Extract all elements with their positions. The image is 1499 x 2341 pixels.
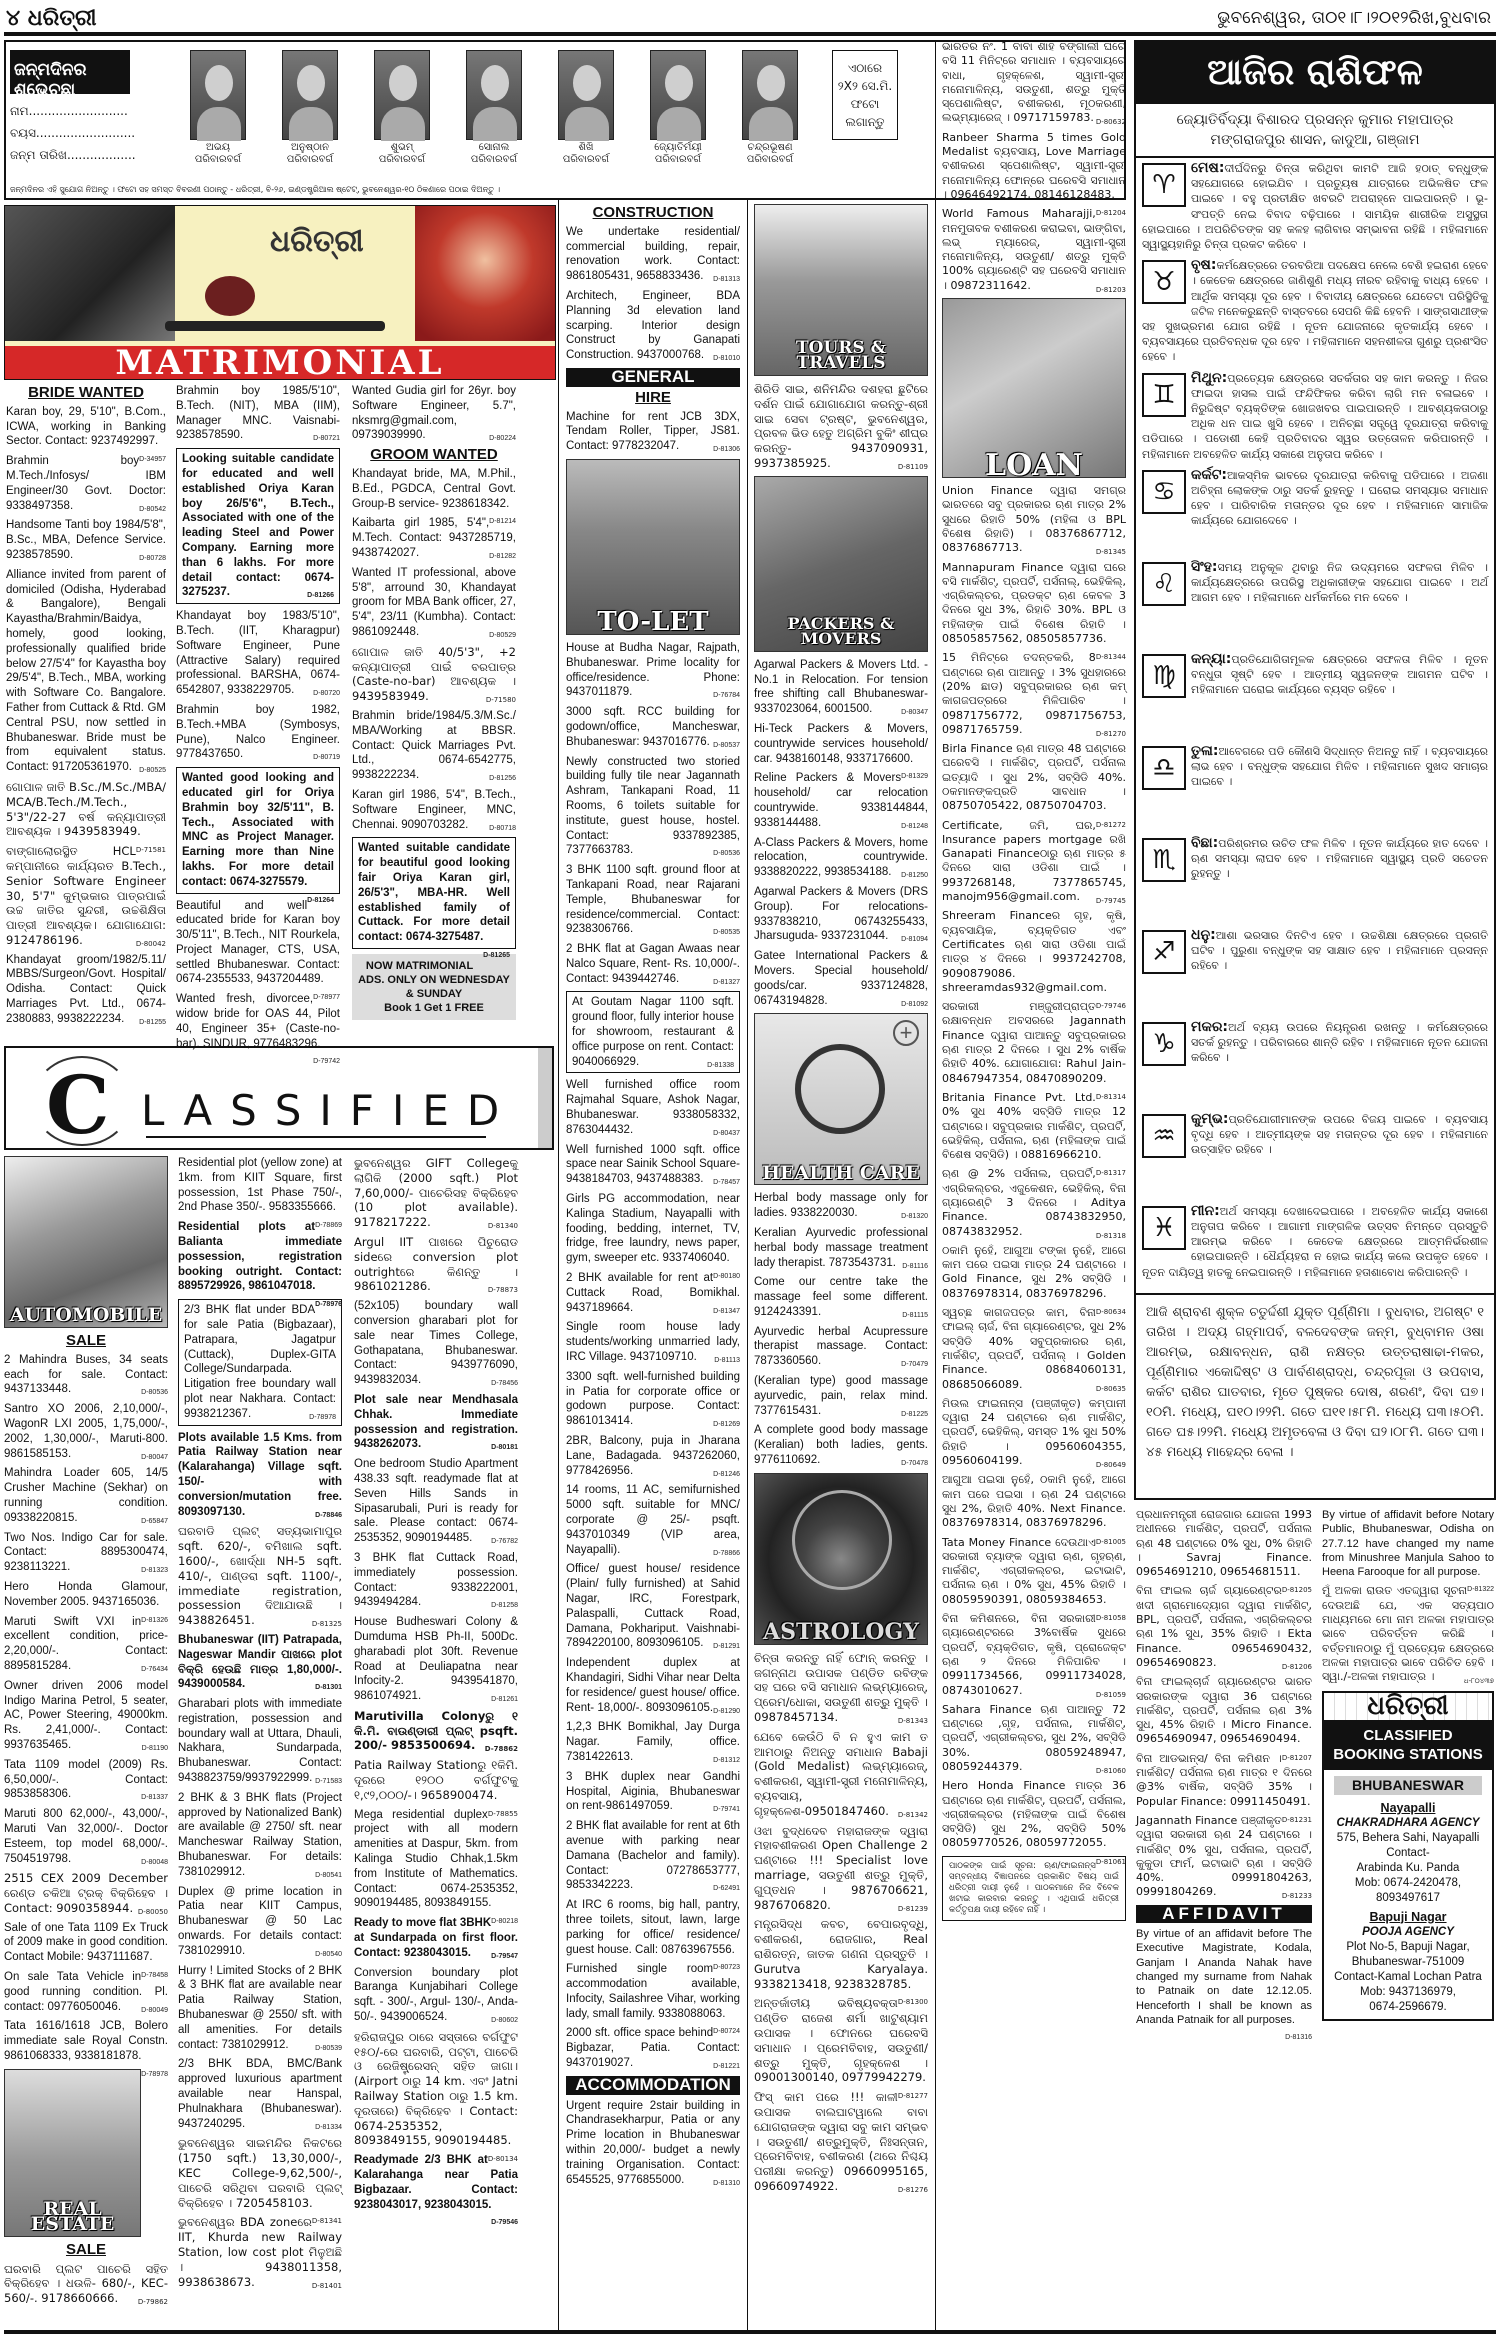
classified-ad: Architech, Engineer, BDA Planning 3d ele… — [566, 289, 740, 363]
photo-caption: ସୋନାଲ ପରିବାରବର୍ଗ — [459, 142, 529, 166]
classified-ad: Well furnished office room Rajmahal Squa… — [566, 1078, 740, 1137]
classified-ad: 1,2,3 BHK Bomikhal, Jay Durga Nagar. Fam… — [566, 1720, 740, 1764]
real-estate-column-2: Residential plot (yellow zone) at 1km. f… — [178, 1156, 342, 2294]
boxed-ad: 2/3 BHK flat under BDA for sale Patia (B… — [178, 1299, 342, 1425]
goat-icon: ♑ — [1142, 1022, 1186, 1066]
affidavit-notice: ମୁଁ ଅଳକା ରାଉତ ଏତଦ୍ଦ୍ୱାରା ସୂଚନା ଦେଉଅଛି ଯେ… — [1322, 1584, 1494, 1684]
general-heading: GENERAL — [566, 368, 740, 387]
classified-ad: Ranbeer Sharma 5 times Gold Medalist ବ୍ୟ… — [942, 131, 1126, 202]
classified-ad: ବିନା ଫାଇଲ୍‌ଚାର୍ଜ ଗ୍ୟାରେଣ୍ଟର ଭାରତ ସରକାରଙ୍… — [1136, 1675, 1312, 1746]
dharitri-logo: ଧରିତ୍ରୀ — [1324, 1693, 1492, 1720]
scorpion-icon: ♏ — [1142, 838, 1186, 882]
classified-ad: 2 BHK & 3 BHK flats (Project approved by… — [178, 1791, 342, 1880]
ram-icon: ♈ — [1142, 163, 1186, 207]
classified-ad: Machine for rent JCB 3DX, Tendam Roller,… — [566, 410, 740, 454]
services-column: TOURS & TRAVELS ଶିରିଡି ସାଇ, ଶନିମନ୍ଦିର ଦଶ… — [754, 204, 928, 2199]
bride-wanted-column: BRIDE WANTED Karan boy, 29, 5'10", B.Com… — [6, 384, 166, 1032]
classified-ad: ପ୍ରଧାନମନ୍ତ୍ରୀ ରୋଜଗାର ଯୋଜନା 1993 ଅଧୀନରେ ମ… — [1136, 1508, 1312, 1579]
classified-ad: Owner driven 2006 model Indigo Marina Pe… — [4, 1679, 168, 1753]
classified-ad: ଓଝା ବୁଦ୍ଧଦେବ ମହାରାଜଙ୍କ ଦ୍ୱାରା ମହାବଶୀକରଣ … — [754, 1824, 928, 1913]
photo-caption: ଚନ୍ଦ୍ରଭୂଷଣ ପରିବାରବର୍ଗ — [735, 142, 805, 166]
maiden-icon: ♍ — [1142, 654, 1186, 698]
to-let-house-image: TO-LET — [566, 459, 740, 635]
photo-caption: ଅନୁଷ୍ଠାନ ପରିବାରବର୍ଗ — [275, 142, 345, 166]
twins-icon: ♊ — [1142, 373, 1186, 417]
classified-ad: Gharabari plots with immediate registrat… — [178, 1697, 342, 1786]
booking-city: BHUBANESWAR — [1334, 1776, 1482, 1795]
classified-ad: Plots available 1.5 Kms. from Patia Rail… — [178, 1431, 342, 1520]
classified-ad: At IRC 6 rooms, big hall, pantry, three … — [566, 1898, 740, 1957]
matrimonial-banner: ଧରିତ୍ରୀ MATRIMONIAL — [4, 205, 556, 380]
boxed-ad: Wanted suitable candidate for beautiful … — [352, 837, 516, 949]
tours-travels-bus-image: TOURS & TRAVELS — [754, 204, 928, 376]
classified-ad: Birla Finance ଋଣ ମାତ୍ର 48 ଘଣ୍ଟାରେ ଘରେବସି… — [942, 742, 1126, 813]
accommodation-heading: ACCOMMODATION — [566, 2076, 740, 2095]
classified-ad: 3300 sqft. well-furnished building in Pa… — [566, 1370, 740, 1429]
child-photo — [374, 50, 430, 140]
classified-banner: C LASSIFIED — [4, 1046, 554, 1150]
finance-loan-column: ଭାରତର ନଂ. 1 ବାବା ଶାହ ବଙ୍ଗାଲୀ ଘରେ ବସି 11 … — [942, 40, 1126, 1921]
bull-icon: ♉ — [1142, 260, 1186, 304]
age-field: ବୟସ.......................... — [10, 126, 135, 141]
classified-ad: ଫିସ୍ କାମ ପରେ !!! କାଳୀ ଉପାସକ ବାଲଘାଟୱାଲେ ବ… — [754, 2090, 928, 2194]
classified-ad: ଘରବାରି ପ୍ଲଟ ପାଚେରି ସହିତ ବିକ୍ରିହେବ । ଧଉଳି… — [4, 2262, 168, 2306]
shehnai-icon — [165, 321, 385, 331]
classified-ad: ଭାରତର ନଂ. 1 ବାବା ଶାହ ବଙ୍ଗାଲୀ ଘରେ ବସି 11 … — [942, 40, 1126, 126]
horoscope-section: ଆଜିର ରାଶିଫଳ ଜ୍ୟୋତିର୍ବିଦ୍ୟା ବିଶାରଦ ପ୍ରସନ୍… — [1134, 40, 1496, 1500]
child-photo — [466, 50, 522, 140]
classified-ad: House at Budha Nagar, Rajpath, Bhubanesw… — [566, 641, 740, 700]
classified-ad: Mega residential duplex project with all… — [354, 1808, 518, 1912]
classified-ad: Two Nos. Indigo Car for sale. Contact: 8… — [4, 1531, 168, 1575]
classified-ad: ଚିନ୍ତା କରନ୍ତୁ ନାହିଁ ଫୋନ୍ କରନ୍ତୁ । ଜଗନ୍ନା… — [754, 1651, 928, 1725]
horoscope-sign-scorpio: ♏ବିଛା:ପରିଶ୍ରମର ଉଚିତ ଫଳ ମିଳିବ । ନୂତନ କାର୍… — [1136, 833, 1494, 925]
classified-ad: Sale of one Tata 1109 Ex Truck of 2009 m… — [4, 1921, 168, 1965]
classified-ad: ହରିରାଜପୁର ଠାରେ ସସ୍ତାରେ ବର୍ଗଫୁଟ ୧୫୦/-ରେ ଘ… — [354, 2030, 518, 2148]
classified-ad: 2515 CEX 2009 December ରେଣ୍ଡ ଚକିଆ ଟ୍ରକ୍ … — [4, 1871, 168, 1915]
classified-ad: 2BR, Balcony, puja in Jharana Lane, Bada… — [566, 1434, 740, 1478]
scales-icon: ♎ — [1142, 746, 1186, 790]
classified-ad: Union Finance ଦ୍ୱାରା ସମଗ୍ର ଭାରତରେ ସବୁ ପ୍… — [942, 484, 1126, 555]
classified-ad: Handsome Tanti boy 1984/5'8", B.Sc., MBA… — [6, 518, 166, 562]
classified-ad: ଭୁବନେଶ୍ୱର GIFT Collegeକୁ ଲାଗିକି (2000 sq… — [354, 1156, 518, 1230]
child-photo — [558, 50, 614, 140]
groom-wanted-heading: GROOM WANTED — [352, 448, 516, 463]
horoscope-sign-aquarius: ♒କୁମ୍ଭ:ପ୍ରତିଯୋଗୀମାନଙ୍କ ଉପରେ ବିଜୟ ପାଇବେ ।… — [1136, 1109, 1494, 1201]
stethoscope-icon — [795, 1044, 885, 1134]
classified-ad: Ayurvedic herbal Acupressure therapist m… — [754, 1325, 928, 1369]
matrimonial-column-2: Brahmin boy 1985/5'10", B.Tech. (NIT), M… — [176, 384, 340, 1070]
classified-ad: Single room house lady students/working … — [566, 1320, 740, 1364]
horoscope-sign-sagittarius: ♐ଧନୁ:ଆଶା ଭରସାର ଦିନଟିଏ ହେବ । ଉଚ୍ଚଶିକ୍ଷା କ… — [1136, 925, 1494, 1017]
classified-ad: Alliance invited from parent of domicile… — [6, 568, 166, 775]
classified-ad: Bhubaneswar (IIT) Patrapada, Nageswar Ma… — [178, 1633, 342, 1692]
classified-ad: Brahmin boy 1985/5'10", B.Tech. (NIT), M… — [176, 384, 340, 443]
classified-ad: 14 rooms, 11 AC, semifurnished 5000 sqft… — [566, 1483, 740, 1557]
classified-ad: Independent duplex at Khandagiri, Sidhi … — [566, 1656, 740, 1715]
drum-icon — [205, 276, 255, 316]
photo-caption: ଶିଖି ପରିବାରବର୍ଗ — [551, 142, 621, 166]
classified-ad: Plot sale near Mendhasala Chhak. Immedia… — [354, 1393, 518, 1452]
affidavit-notice: By virtue of affidavit before Notary Pub… — [1322, 1508, 1494, 1579]
archer-icon: ♐ — [1142, 930, 1186, 974]
classified-ad: Beautiful and well educated bride for Ka… — [176, 899, 340, 988]
horoscope-sign-leo: ♌ସିଂହ:ସମୟ ଅନୁକୂଳ ଥିବାରୁ ନିଜ ଉଦ୍ୟମରେ ସଫଳତ… — [1136, 557, 1494, 649]
classified-ad: Hi-Teck Packers & Movers, countrywide se… — [754, 722, 928, 766]
classified-ad: We undertake residential/ commercial bui… — [566, 225, 740, 284]
daily-almanac: ଆଜି ଶ୍ରାବଣ ଶୁକ୍ଳ ଚତୁର୍ଦ୍ଦଶୀ ଯୁକ୍ତ ପୂର୍ଣ୍… — [1136, 1293, 1494, 1471]
classified-ad: Khandayat groom/1982/5.11/ MBBS/Surgeon/… — [6, 953, 166, 1027]
real-estate-column-3: ଭୁବନେଶ୍ୱର GIFT Collegeକୁ ଲାଗିକି (2000 sq… — [354, 1156, 518, 2231]
horoscope-sign-libra: ♎ତୁଳା:ଆବେଗରେ ପଡି କୌଣସି ସିଦ୍ଧାନ୍ତ ନିଅନ୍ତୁ… — [1136, 741, 1494, 833]
horoscope-sign-capricorn: ♑ମକର:ଅର୍ଥ ବ୍ୟୟ ଉପରେ ନିୟନ୍ତ୍ରଣ ରଖନ୍ତୁ । କ… — [1136, 1017, 1494, 1109]
booking-stations-heading: CLASSIFIED BOOKING STATIONS — [1324, 1720, 1492, 1770]
child-photo — [190, 50, 246, 140]
column-divider — [558, 200, 559, 2330]
affidavit-booking-column: By virtue of affidavit before Notary Pub… — [1322, 1508, 1494, 2021]
classified-ad: Brahmin bride/1984/5.3/M.Sc./ MBA/Workin… — [352, 709, 516, 783]
column-divider — [747, 200, 748, 2330]
water-bearer-icon: ♒ — [1142, 1114, 1186, 1158]
bride-wanted-heading: BRIDE WANTED — [6, 386, 166, 401]
classified-ad: 3000 sqft. RCC building for godown/offic… — [566, 705, 740, 749]
classified-ad: 2 BHK flat at Gagan Awaas near Nalco Squ… — [566, 942, 740, 986]
classified-ad: Maruti 800 62,000/-, 43,000/-, Maruti Va… — [4, 1807, 168, 1866]
classified-ad: Tata 1616/1618 JCB, Bolero immediate sal… — [4, 2019, 168, 2063]
finance-right-column: ପ୍ରଧାନମନ୍ତ୍ରୀ ରୋଜଗାର ଯୋଜନା 1993 ଅଧୀନରେ ମ… — [1136, 1508, 1312, 2045]
construction-heading: CONSTRUCTION — [566, 206, 740, 221]
classified-ad: Mahindra Loader 605, 14/5 Crusher Machin… — [4, 1466, 168, 1525]
classified-ad: (Keralian type) good massage ayurvedic, … — [754, 1374, 928, 1418]
classified-ad: Mannapuram Finance ଦ୍ୱାରା ଘରେ ବସି ମାର୍କଶ… — [942, 561, 1126, 647]
classified-ad: Well furnished 1000 sqft. office space n… — [566, 1143, 740, 1187]
classified-ad: Agarwal Packers & Movers Ltd. - No.1 in … — [754, 658, 928, 717]
classified-ad: A complete good body massage (Keralian) … — [754, 1423, 928, 1467]
matrimonial-promo-box: NOW MATRIMONIAL ADS. ONLY ON WEDNESDAY &… — [352, 954, 516, 1020]
classified-ad: Wanted Gudia girl for 26yr. boy Software… — [352, 384, 516, 443]
classified-ad: Girls PG accommodation, near Kalinga Sta… — [566, 1192, 740, 1266]
sale-heading: SALE — [4, 1334, 168, 1349]
construction-tolet-column: CONSTRUCTION We undertake residential/ c… — [566, 204, 740, 2192]
classified-ad: 3 BHK flat Cuttack Road, immediately pos… — [354, 1551, 518, 1610]
masthead-rule — [4, 32, 1496, 36]
classified-ad: Khandayat boy 1983/5'10", B.Tech. (IIT, … — [176, 609, 340, 698]
horoscope-sign-cancer: ♋କର୍କଟ:ଆକସ୍ମିକ ଭାବରେ ଦୂରଯାତ୍ରା କରିବାକୁ ପ… — [1136, 465, 1494, 557]
fish-icon: ♓ — [1142, 1206, 1186, 1250]
classified-ad: ମିଉଲ ଫାଇନାନ୍ସ (ପଞ୍ଜୀକୃତ) କମ୍ପାନୀ ଦ୍ୱାରା … — [942, 1397, 1126, 1468]
boxed-ad: Wanted good looking and educated girl fo… — [176, 767, 340, 893]
classified-ad: Agarwal Packers & Movers (DRS Group). Fo… — [754, 885, 928, 944]
lion-icon: ♌ — [1142, 562, 1186, 606]
packers-movers-truck-image: PACKERS & MOVERS — [754, 476, 928, 652]
booking-station: Nayapalli CHAKRADHARA AGENCY 575, Behera… — [1324, 1801, 1492, 1910]
matrimonial-title: MATRIMONIAL — [5, 346, 555, 380]
affidavit-notice: By virtue of an affidavit before The Exe… — [1136, 1927, 1312, 2027]
classified-ad: Urgent require 2stair building in Chandr… — [566, 2099, 740, 2188]
wedding-couple-image — [5, 206, 175, 341]
real-estate-image: REAL ESTATE — [4, 2069, 141, 2237]
boxed-ad: Looking suitable candidate for educated … — [176, 448, 340, 604]
classified-ad: House Budheswari Colony & Dumduma HSB Ph… — [354, 1615, 518, 1704]
classified-ad: ଗୋପାଳ ଜାତି B.Sc./M.Sc./MBA/ MCA/B.Tech./… — [6, 780, 166, 839]
classified-ad: ଆଗୁଆ ପଇସା ନୁହେଁ, ଠକାମି ନୁହେଁ, ଆଗେ କାମ ପର… — [942, 1473, 1126, 1530]
birthday-title: ଜନ୍ମଦିନର ଶୁଭେଚ୍ଛା — [10, 50, 130, 94]
loan-cash-image: LOAN — [942, 298, 1126, 478]
classified-ad: Office/ guest house/ residence (Plain/ f… — [566, 1562, 740, 1651]
zodiac-wheel-icon — [792, 1490, 892, 1590]
name-field: ନାମ.......................... — [10, 104, 128, 119]
child-photo — [650, 50, 706, 140]
classified-ad: Gatee International Packers & Movers. Sp… — [754, 949, 928, 1008]
sale-heading: SALE — [4, 2243, 168, 2258]
horoscope-sign-virgo: ♍କନ୍ୟା:ପ୍ରତିଯୋଗିତାମୂଳକ କ୍ଷେତ୍ରରେ ସଫଳତା ମ… — [1136, 649, 1494, 741]
crab-icon: ♋ — [1142, 470, 1186, 514]
classified-ad: ଶିରିଡି ସାଇ, ଶନିମନ୍ଦିର ଦଶହରା ଛୁଟିରେ ଦର୍ଶନ… — [754, 382, 928, 471]
bride-image — [415, 206, 555, 341]
classified-ad: Shreeram Financeର ଗୃହ, କୃଷି, ବ୍ୟବସାୟିକ, … — [942, 909, 1126, 995]
classified-ad: One bedroom Studio Apartment 438.33 sqft… — [354, 1457, 518, 1546]
photo-caption: ଅଭୟ ପରିବାରବର୍ଗ — [183, 142, 253, 166]
classified-ad: Hero Honda Glamour, November 2005. 94371… — [4, 1580, 168, 1610]
classified-ad: Conversion boundary plot Baranga Kunjabi… — [354, 1966, 518, 2025]
affidavit-heading: AFFIDAVIT — [1136, 1905, 1312, 1923]
boxed-ad: At Goutam Nagar 1100 sqft. ground floor,… — [566, 991, 740, 1073]
classified-ad: Patia Railway Stationରୁ ୧କିମି. ଦୂରରେ ୧୨୦… — [354, 1758, 518, 1802]
dateline: ଭୁବନେଶ୍ୱର, ତା୦୧।୮।୨୦୧୨ରିଖ,ବୁଧବାର — [1217, 8, 1491, 28]
health-care-stethoscope-image: + HEALTH CARE — [754, 1013, 928, 1185]
classified-ad: Hero Honda Finance ମାତ୍ର 36 ଘଣ୍ଟାରେ ଋଣ ମ… — [942, 1779, 1126, 1850]
classified-ad: Come our centre take the massage feel so… — [754, 1275, 928, 1319]
classified-ad: Newly constructed two storied building f… — [566, 755, 740, 859]
horoscope-sign-pisces: ♓ମୀନ:ଅର୍ଥ ସମସ୍ୟା ଦେଖାଦେଇପାରେ । ଅବହେଳିତ କ… — [1136, 1201, 1494, 1293]
classified-ad: Keralian Ayurvedic professional herbal b… — [754, 1226, 928, 1270]
classified-ad: Residential plot (yellow zone) at 1km. f… — [178, 1156, 342, 1215]
classified-ad: Sahara Finance ଋଣ ପାଆନ୍ତୁ 72 ଘଣ୍ଟାରେ ,ଗୃ… — [942, 1703, 1126, 1774]
photo-caption: ଶୁଭମ୍ ପରିବାରବର୍ଗ — [367, 142, 437, 166]
automobile-column: AUTOMOBILE SALE 2 Mahindra Buses, 34 sea… — [4, 1156, 168, 2311]
page-number-label: ୪ ଧରିତ୍ରୀ — [6, 6, 97, 31]
classified-ad: Hurry ! Limited Stocks of 2 BHK & 3 BHK … — [178, 1964, 342, 2053]
bottom-rule — [4, 2330, 1496, 2334]
horoscope-sign-gemini: ♊ମିଥୁନ:ପ୍ରତ୍ୟେକ କ୍ଷେତ୍ରରେ ସତର୍କତାର ସହ କା… — [1136, 368, 1494, 465]
astrologer-credit: ଜ୍ୟୋତିର୍ବିଦ୍ୟା ବିଶାରଦ ପ୍ରସନ୍ନ କୁମାର ମହାପ… — [1136, 104, 1494, 158]
photo-caption: ଜ୍ୟୋତିର୍ମୟୀ ପରିବାରବର୍ଗ — [643, 142, 713, 166]
booking-stations-box: ଧରିତ୍ରୀ CLASSIFIED BOOKING STATIONS BHUB… — [1322, 1691, 1494, 2021]
classified-ad: Santro XO 2006, 2,10,000/-, WagonR LXI 2… — [4, 1402, 168, 1461]
classified-ad: A-Class Packers & Movers, home relocatio… — [754, 836, 928, 880]
classified-ad: Herbal body massage only for ladies. 933… — [754, 1191, 928, 1221]
classified-ad: 3 BHK 1100 sqft. ground floor at Tankapa… — [566, 863, 740, 937]
classified-ad: ଠକାମି ନୁହେଁ, ଆଗୁଆ ଟଙ୍କା ନୁହେଁ, ଆଗେ କାମ ପ… — [942, 1244, 1126, 1301]
classified-ad: 2 BHK flat available for rent at 6th ave… — [566, 1819, 740, 1893]
classified-ad: Wanted IT professional, above 5'8", arro… — [352, 566, 516, 640]
classified-ad: ଗୋପାଳ ଜାତି 40/5'3", +2 କନ୍ୟାପାତ୍ରୀ ପାଇଁ … — [352, 645, 516, 704]
classified-ad: Tata 1109 model (2009) Rs. 6,50,000/-. C… — [4, 1758, 168, 1802]
classified-ad: 2/3 BHK BDA, BMC/Bank approved luxurious… — [178, 2057, 342, 2131]
horoscope-sign-taurus: ♉ବୃଷ:କର୍ମକ୍ଷେତ୍ରରେ ତରବରିଆ ପଦକ୍ଷେପ ନେଲେ ବ… — [1136, 255, 1494, 367]
classified-ad: ଭୁବନେଶ୍ୱର ସାଇମନ୍ଦିର ନିକଟରେ (1750 sqft.) … — [178, 2136, 342, 2210]
automobile-image: AUTOMOBILE — [4, 1156, 168, 1328]
classified-ad: Karan boy, 29, 5'10", B.Com., ICWA, work… — [6, 405, 166, 449]
classified-c-letter: C — [46, 1058, 110, 1150]
photo-placeholder-box: ଏଠାରେ ୨X୨ ସେ.ମି. ଫଟୋ ଲଗାନ୍ତୁ — [832, 50, 898, 140]
astrologer-name: ଜ୍ୟୋତିର୍ବିଦ୍ୟା ବିଶାରଦ ପ୍ରସନ୍ନ କୁମାର ମହାପ… — [1136, 110, 1494, 130]
adult-photo — [742, 50, 798, 140]
banner-side-bar — [538, 1048, 552, 1148]
classified-title: LASSIFIED — [141, 1086, 517, 1135]
astrologer-address: ମଙ୍ଗରାଜପୁର ଶାସନ, କାଦୁଆ, ଗଞ୍ଜାମ — [1136, 130, 1494, 150]
classified-ad: ମନ୍ତ୍ରସିଦ୍ଧ କବଚ, ବେପାରବୃଦ୍ଧି, ବଶୀକରଣ, ରୋ… — [754, 1917, 928, 1991]
column-divider — [935, 40, 936, 2330]
astrology-zodiac-wheel-image: ASTROLOGY — [754, 1473, 928, 1645]
classified-ad: ବାଙ୍ଗାଲୋରସ୍ଥିତ HCL କମ୍ପାନୀରେ କାର୍ଯ୍ୟରତ B… — [6, 844, 166, 948]
plus-icon: + — [893, 1020, 919, 1046]
classified-ad: Karan girl 1986, 5'4", B.Tech., Software… — [352, 788, 516, 832]
classified-ad: (52x105) boundary wall conversion gharab… — [354, 1299, 518, 1388]
groom-wanted-column: Wanted Gudia girl for 26yr. boy Software… — [352, 384, 516, 1020]
horoscope-title: ଆଜିର ରାଶିଫଳ — [1136, 42, 1494, 104]
booking-station: Bapuji Nagar POOJA AGENCY Plot No-5, Bap… — [1324, 1910, 1492, 2019]
classified-ad: Khandayat bride, MA, M.Phil., B.Ed., PGD… — [352, 467, 516, 511]
classified-ad: 2 Mahindra Buses, 34 seats each for sale… — [4, 1353, 168, 1397]
classified-ad: ଘରବାଡି ପ୍ଲଟ୍ ସତ୍ୟଭାମାପୁର sqft. 620/-, ବମ… — [178, 1524, 342, 1628]
title-underline — [146, 1136, 486, 1138]
hire-heading: HIRE — [566, 391, 740, 406]
horoscope-sign-aries: ♈ମେଷ:ଦୀର୍ଘଦିନରୁ ଚିନ୍ତା କରିଥିବା କାମଟି ଆଜି… — [1136, 158, 1494, 255]
classified-ad: 3 BHK duplex near Gandhi Hospital, Aigin… — [566, 1770, 740, 1814]
child-photo — [282, 50, 338, 140]
classified-ad: Argul IIT ପାଖରେ ପିଚୁରୋଡ sideରେ conversio… — [354, 1235, 518, 1294]
birthdate-field: ଜନ୍ମ ତାରିଖ.................. — [10, 148, 136, 163]
dharitri-logo: ଧରିତ୍ରୀ — [270, 224, 364, 259]
classified-ad: ଯେବେ କେଉଁଠି ବି ନ ହୁଏ କାମ ତ ଆମଠାରୁ ନିଅନ୍ତ… — [754, 1730, 928, 1819]
classified-ad: Marutivilla Colonyରୁ ୧ କି.ମି. ବାଉଣ୍ଡାରୀ … — [354, 1709, 518, 1753]
classified-ad: Duplex @ prime location in Patia near KI… — [178, 1885, 342, 1959]
classified-ad: Brahmin boy 1982, B.Tech.+MBA (Symbosys,… — [176, 703, 340, 762]
